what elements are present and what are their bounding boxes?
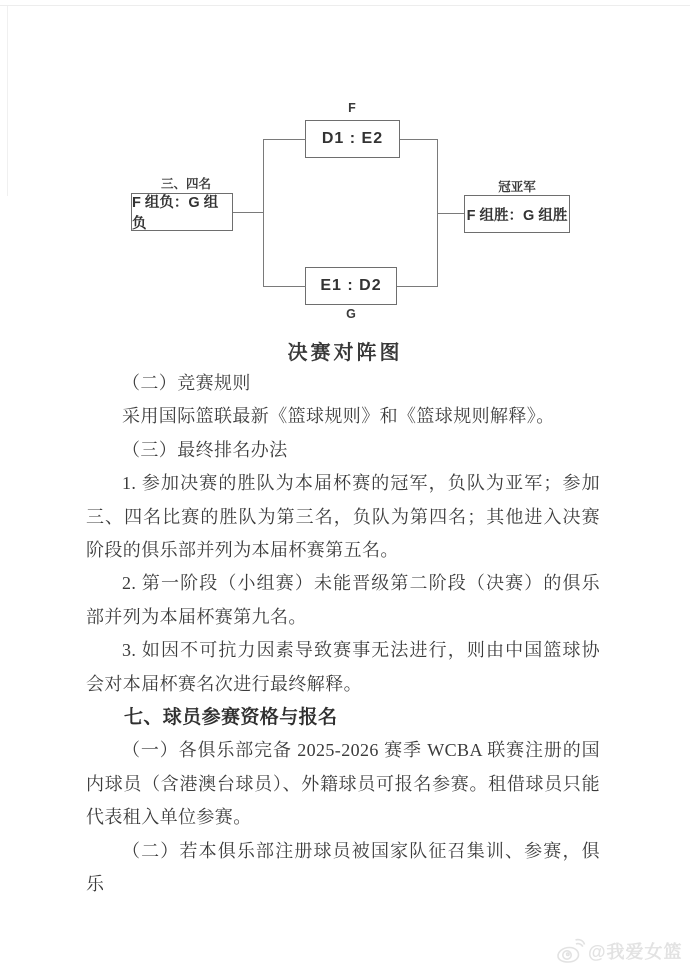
document-paragraph: 七、球员参赛资格与报名	[86, 701, 600, 734]
bracket-connector-third-place	[233, 212, 263, 213]
bracket-box-semifinal-g: E1 : D2	[305, 267, 397, 305]
bracket-connector-vertical-left	[263, 139, 264, 287]
bracket-connector-bottom-right	[397, 286, 438, 287]
document-paragraph: （三）最终排名办法	[86, 434, 600, 467]
finals-bracket-diagram: F G 三、四名 冠亚军 D1 : E2 E1 : D2 F 组负：G 组负 F…	[0, 0, 690, 330]
bracket-connector-top-right	[400, 139, 438, 140]
bracket-label-third-fourth: 三、四名	[161, 174, 211, 192]
document-paragraph: 2. 第一阶段（小组赛）未能晋级第二阶段（决赛）的俱乐部并列为本届杯赛第九名。	[86, 567, 600, 634]
bracket-label-top: F	[348, 101, 356, 115]
bracket-box-semifinal-f: D1 : E2	[305, 120, 400, 158]
weibo-icon	[556, 938, 586, 964]
document-paragraph: 3. 如因不可抗力因素导致赛事无法进行，则由中国篮球协会对本届杯赛名次进行最终解…	[86, 634, 600, 701]
document-paragraph: （二）竞赛规则	[86, 367, 600, 400]
bracket-box-third-place-game: F 组负：G 组负	[131, 193, 233, 231]
scanned-document-page: { "diagram": { "caption": "决赛对阵图", "labe…	[0, 0, 690, 976]
bracket-connector-bottom-left	[263, 286, 306, 287]
bracket-connector-final	[438, 213, 464, 214]
document-paragraph: （一）各俱乐部完备 2025-2026 赛季 WCBA 联赛注册的国内球员（含港…	[86, 734, 600, 834]
document-paragraph: 采用国际篮联最新《篮球规则》和《篮球规则解释》。	[86, 400, 600, 433]
watermark: @我爱女篮	[556, 938, 683, 964]
diagram-caption: 决赛对阵图	[0, 336, 690, 365]
bracket-label-bottom: G	[346, 307, 356, 321]
document-paragraph: （二）若本俱乐部注册球员被国家队征召集训、参赛，俱乐	[86, 835, 600, 902]
watermark-text: @我爱女篮	[588, 938, 683, 964]
bracket-box-final-game: F 组胜：G 组胜	[464, 195, 570, 233]
document-paragraph: 1. 参加决赛的胜队为本届杯赛的冠军，负队为亚军；参加三、四名比赛的胜队为第三名…	[86, 467, 600, 567]
document-body: （二）竞赛规则采用国际篮联最新《篮球规则》和《篮球规则解释》。（三）最终排名办法…	[86, 367, 600, 902]
bracket-connector-top-left	[263, 139, 306, 140]
bracket-label-champion: 冠亚军	[498, 177, 536, 195]
